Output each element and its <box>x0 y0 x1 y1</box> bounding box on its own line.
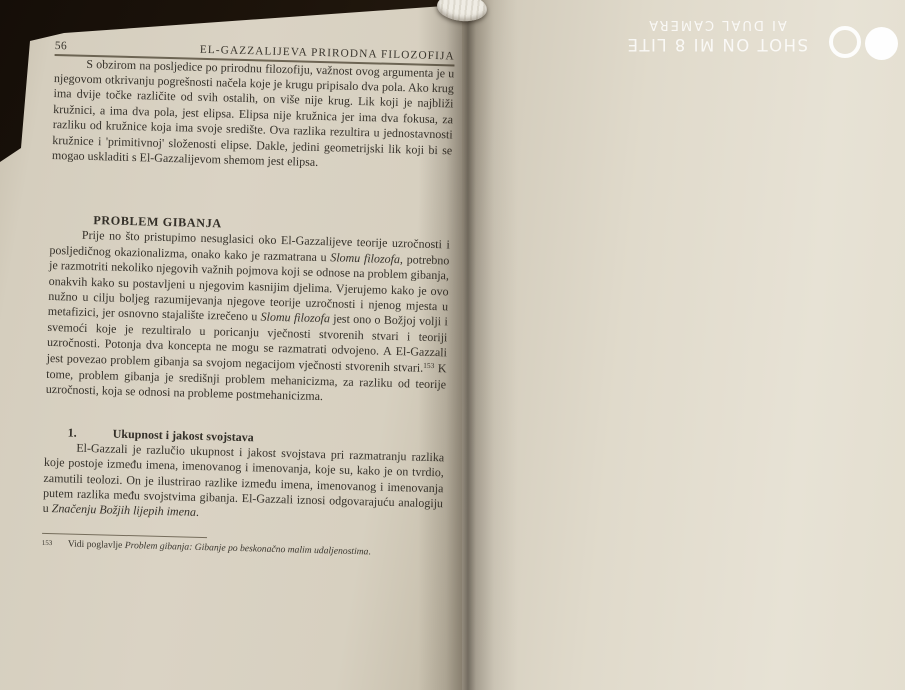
left-footnotes: 153 Vidi poglavlje Problem gibanja: Giba… <box>42 533 442 561</box>
left-page: 56 EL-GAZZALIJEVA PRIRODNA FILOZOFIJA S … <box>0 0 462 690</box>
subsection-number: 1. <box>68 425 110 441</box>
left-page-number: 56 <box>55 40 68 52</box>
footnote: 153 Vidi poglavlje Problem gibanja: Giba… <box>42 538 442 561</box>
lens-flare-ring-icon <box>829 26 861 58</box>
footnote-number: 153 <box>42 537 68 550</box>
paragraph: S obzirom na posljedice po prirodnu filo… <box>52 55 455 173</box>
paragraph: El-Gazzali je razlučio ukupnost i jakost… <box>43 440 445 527</box>
paragraph: Prije no što pristupimo nesuglasici oko … <box>46 227 450 408</box>
lens-flare-dot-icon <box>865 27 898 60</box>
book-photo: 56 EL-GAZZALIJEVA PRIRODNA FILOZOFIJA S … <box>0 0 905 690</box>
right-page: III Problem gibanja 57 Ime (ism اسم ), i… <box>462 0 905 690</box>
footnote-text: Vidi poglavlje Problem gibanja: Gibanje … <box>68 539 371 559</box>
left-page-content: 56 EL-GAZZALIJEVA PRIRODNA FILOZOFIJA S … <box>42 40 455 561</box>
